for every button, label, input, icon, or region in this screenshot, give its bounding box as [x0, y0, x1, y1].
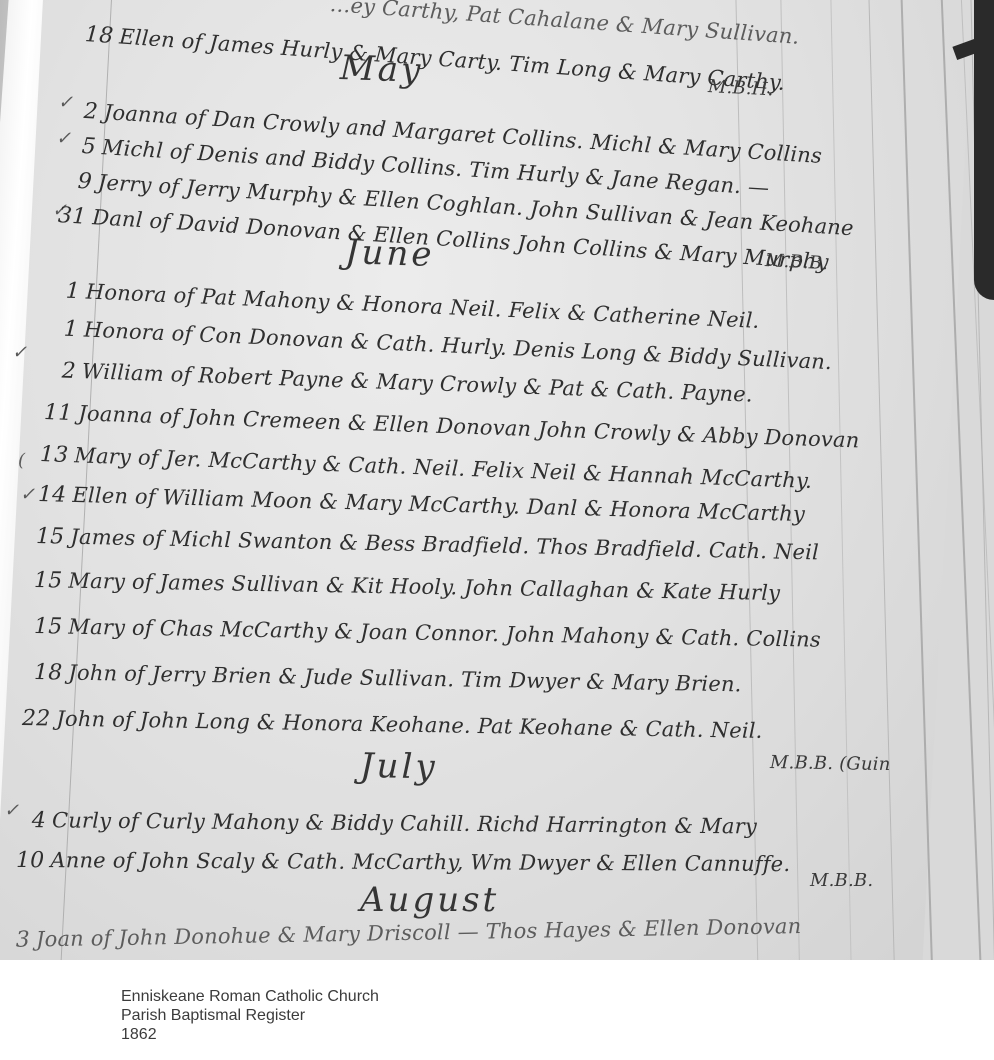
caption-register-title: Parish Baptismal Register [121, 1006, 379, 1025]
officiant-initials: M.B.B. [764, 250, 828, 274]
margin-check-mark: ✓ [20, 484, 35, 505]
officiant-initials: M.B.H. [707, 76, 774, 100]
caption-year: 1862 [121, 1025, 379, 1044]
register-entry: 10Anne of John Scaly & Cath. McCarthy, W… [16, 848, 790, 877]
margin-mark: ( [18, 450, 25, 471]
month-heading-june: June [344, 232, 435, 275]
caption-church-name: Enniskeane Roman Catholic Church [121, 987, 379, 1006]
month-heading-july: July [360, 746, 438, 787]
month-heading-august: August [360, 880, 499, 920]
month-heading-may: May [339, 48, 424, 91]
officiant-initials: M.B.B. [810, 870, 873, 891]
margin-check-mark: ✓ [12, 342, 27, 363]
officiant-initials: M.B.B. (Guin [770, 752, 891, 775]
register-scan-image: ✓ ✓ ✓ ✓ ( ✓ ✓ ...ey Carthy, Pat Cahalane… [0, 0, 994, 960]
image-caption: Enniskeane Roman Catholic Church Parish … [121, 987, 379, 1044]
margin-check-mark: ✓ [4, 800, 19, 821]
